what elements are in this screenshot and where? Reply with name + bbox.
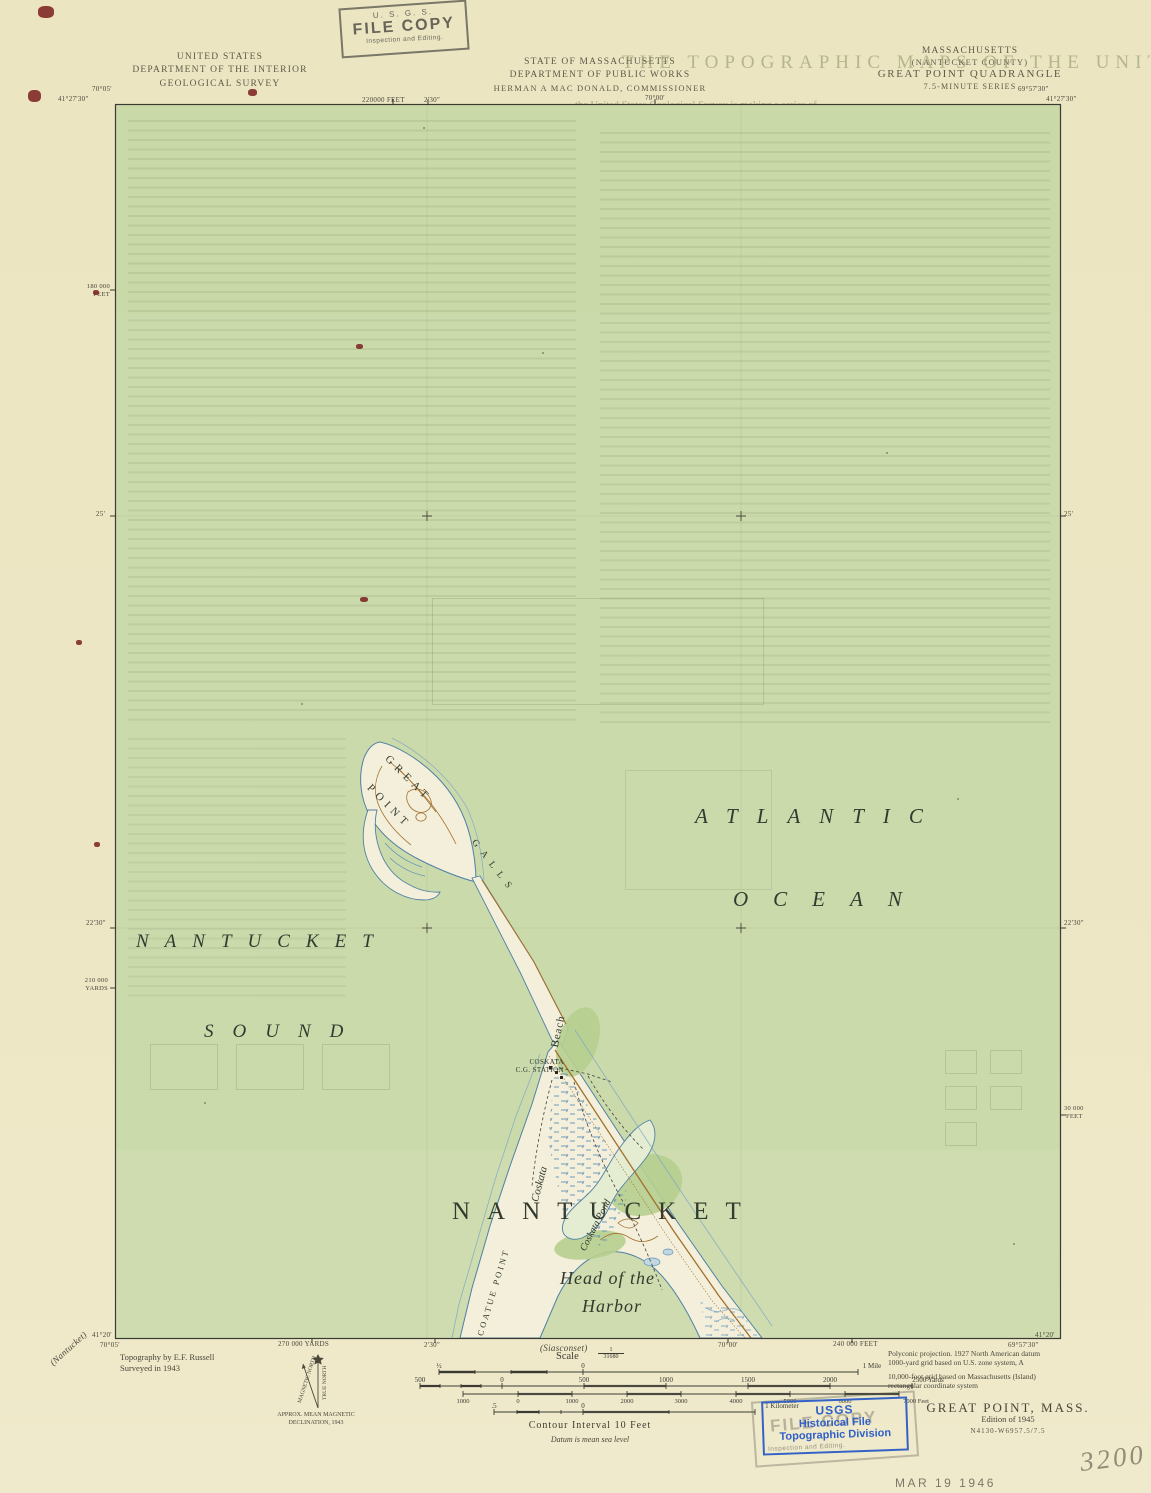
label-atlantic: ATLANTIC: [695, 804, 942, 829]
mile-tick: 1 Mile: [863, 1362, 881, 1370]
red-ink-mark: [360, 597, 368, 602]
datum-note: Datum is mean sea level: [440, 1435, 740, 1444]
projection-notes: Polyconic projection. 1927 North America…: [888, 1349, 1040, 1390]
bleed-figure-box: [432, 598, 764, 705]
edge-bottom-feet: 240 000 FEET: [833, 1340, 878, 1348]
contour-interval: Contour Interval 10 Feet: [440, 1420, 740, 1431]
projection-line-2: 1000-yard grid based on U.S. zone system…: [888, 1358, 1040, 1367]
red-ink-mark: [38, 6, 54, 18]
projection-line-4: rectangular coordinate system: [888, 1381, 1040, 1390]
edge-left-yards-1: 210 000: [78, 977, 108, 984]
yards-tick: 0: [500, 1376, 504, 1384]
ink-dot: [301, 703, 303, 705]
bleed-legend-box: [945, 1050, 977, 1074]
yards-tick: 500: [415, 1376, 426, 1384]
label-nantucket-sound: NANTUCKET: [136, 931, 389, 953]
corner-br-lon: 69°57'30″: [1008, 1341, 1039, 1349]
station-line-1: COSKATA: [494, 1058, 564, 1066]
credit-topography: Topography by E.F. Russell: [120, 1352, 214, 1362]
feet-tick: 4000: [730, 1398, 743, 1405]
projection-line-1: Polyconic projection. 1927 North America…: [888, 1349, 1040, 1358]
corner-bl-lat: 41°20': [92, 1331, 112, 1339]
mile-tick: 0: [581, 1362, 585, 1370]
edge-left-min2: 22'30″: [86, 919, 106, 927]
bleed-legend-box: [236, 1044, 304, 1090]
edge-left-feet-1: 180 000: [82, 283, 110, 290]
yards-tick: 1500: [741, 1376, 755, 1384]
label-coskata-station: COSKATA C.G. STATION: [494, 1058, 564, 1074]
bleed-legend-box: [990, 1050, 1022, 1074]
label-harbor-2: Harbor: [582, 1296, 642, 1317]
yards-tick: 1000: [659, 1376, 673, 1384]
feet-tick: 0: [516, 1398, 519, 1405]
usgs-historical-file-stamp: USGS Historical File Topographic Divisio…: [761, 1396, 909, 1455]
declination-caption-2: DECLINATION, 1943: [266, 1420, 366, 1426]
station-line-2: C.G. STATION: [494, 1066, 564, 1074]
edge-right-feet-1: 30 000: [1064, 1105, 1084, 1112]
declination-caption-1: APPROX. MEAN MAGNETIC: [266, 1412, 366, 1418]
ink-dot: [423, 127, 425, 129]
corner-tr-lon: 69°57'30″: [1018, 85, 1049, 93]
corner-tl-lon: 70°05': [92, 85, 112, 93]
label-harbor-1: Head of the: [560, 1268, 655, 1289]
scale-denominator: 31680: [598, 1353, 624, 1361]
ink-dot: [204, 1102, 206, 1104]
yards-tick: 2000: [823, 1376, 837, 1384]
corner-tr-lat: 41°27'30″: [1046, 95, 1077, 103]
edge-left-min1: 25': [96, 510, 105, 518]
feet-tick: 2000: [621, 1398, 634, 1405]
bleed-legend-box: [150, 1044, 218, 1090]
ink-dot: [1013, 1243, 1015, 1245]
edge-right-feet-2: FEET: [1066, 1113, 1083, 1120]
scale-word: Scale: [556, 1351, 579, 1362]
mile-tick: ½: [436, 1362, 441, 1370]
bleed-legend-box: [990, 1086, 1022, 1110]
corner-br-lat: 41°20': [1035, 1331, 1055, 1339]
corner-tl-lat: 41°27'30″: [58, 95, 89, 103]
bleed-column-lower-left: [128, 738, 346, 1004]
feet-tick: 1000: [566, 1398, 579, 1405]
red-ink-mark: [94, 842, 100, 847]
red-ink-mark: [93, 290, 99, 295]
label-sound: SOUND: [204, 1021, 362, 1043]
credit-surveyed: Surveyed in 1943: [120, 1363, 180, 1373]
red-ink-mark: [76, 640, 82, 645]
km-tick: .5: [491, 1402, 496, 1410]
ink-dot: [957, 798, 959, 800]
edge-right-min2: 22'30″: [1064, 919, 1084, 927]
edge-bottom-yards: 270 000 YARDS: [278, 1340, 329, 1348]
ink-dot: [542, 352, 544, 354]
bleed-legend-box: [322, 1044, 390, 1090]
ink-dot: [886, 452, 888, 454]
edge-top-min1: 2'30″: [424, 96, 440, 104]
true-north-label: TRUE NORTH: [322, 1366, 328, 1400]
edge-top-feet: 220000 FEET: [362, 96, 405, 104]
edge-bottom-min1: 2'30″: [424, 1341, 440, 1349]
bleed-figure-box-2: [625, 770, 772, 890]
feet-tick: 3000: [675, 1398, 688, 1405]
bleed-legend-box: [945, 1122, 977, 1146]
edge-right-min1: 25': [1064, 510, 1073, 518]
edge-top-min2: 70°00': [645, 94, 665, 102]
map-sheet: { "colors": { "paper": "#ece6c4", "water…: [0, 0, 1151, 1493]
km-tick: 0: [581, 1402, 585, 1410]
scale-fraction: 1 31680: [598, 1347, 624, 1361]
corner-bl-lon: 70°05': [100, 1341, 120, 1349]
bleed-legend-box: [945, 1086, 977, 1110]
edge-left-yards-2: YARDS: [78, 985, 108, 992]
date-received-stamp: MAR 19 1946: [895, 1476, 996, 1490]
red-ink-mark: [356, 344, 363, 349]
projection-line-3: 10,000-foot grid based on Massachusetts …: [888, 1372, 1040, 1381]
feet-tick: 1000: [457, 1398, 470, 1405]
label-ocean: OCEAN: [733, 887, 927, 912]
red-ink-mark: [248, 89, 257, 96]
edge-bottom-min2: 70°00': [718, 1341, 738, 1349]
red-ink-mark: [28, 90, 41, 102]
yards-tick: 500: [579, 1376, 590, 1384]
